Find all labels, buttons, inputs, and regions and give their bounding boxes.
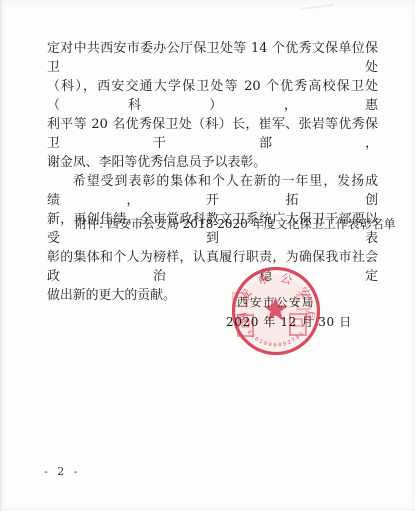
body-line: 彰的集体和个人为榜样，认真履行职责，为确保我市社会政治稳定	[47, 248, 378, 286]
body-line: （科），西安交通大学保卫处等 20 个优秀高校保卫处（科），惠	[47, 77, 378, 115]
body-line: 定对中共西安市委办公厅保卫处等 14 个优秀文保单位保卫处	[47, 39, 378, 77]
document-page: 定对中共西安市委办公厅保卫处等 14 个优秀文保单位保卫处 （科），西安交通大学…	[0, 0, 415, 511]
scan-artifact	[0, 0, 2, 511]
seal-code: 6101000092781	[246, 330, 305, 349]
body-line: 做出新的更大的贡献。	[47, 286, 378, 305]
body-line: 谢金凤、李阳等优秀信息员予以表彰。	[47, 153, 378, 172]
body-line: 利平等 20 名优秀保卫处（科）长，崔军、张岩等优秀保卫干部，	[47, 115, 378, 153]
body-line: 希望受到表彰的集体和个人在新的一年里，发扬成绩，开拓创	[47, 172, 378, 210]
scan-artifact	[300, 4, 334, 11]
signature-organization: 西安市公安局	[237, 294, 315, 310]
svg-text:6101000092781: 6101000092781	[246, 330, 305, 349]
signature-date: 2020 年 12 月 30 日	[226, 313, 352, 330]
page-number: - 2 -	[44, 465, 80, 478]
body-text: 定对中共西安市委办公厅保卫处等 14 个优秀文保单位保卫处 （科），西安交通大学…	[47, 39, 378, 305]
attachment-line: 附件: 西安市公安局 2018-2020 年度文化保卫工作表彰名单	[75, 215, 385, 232]
